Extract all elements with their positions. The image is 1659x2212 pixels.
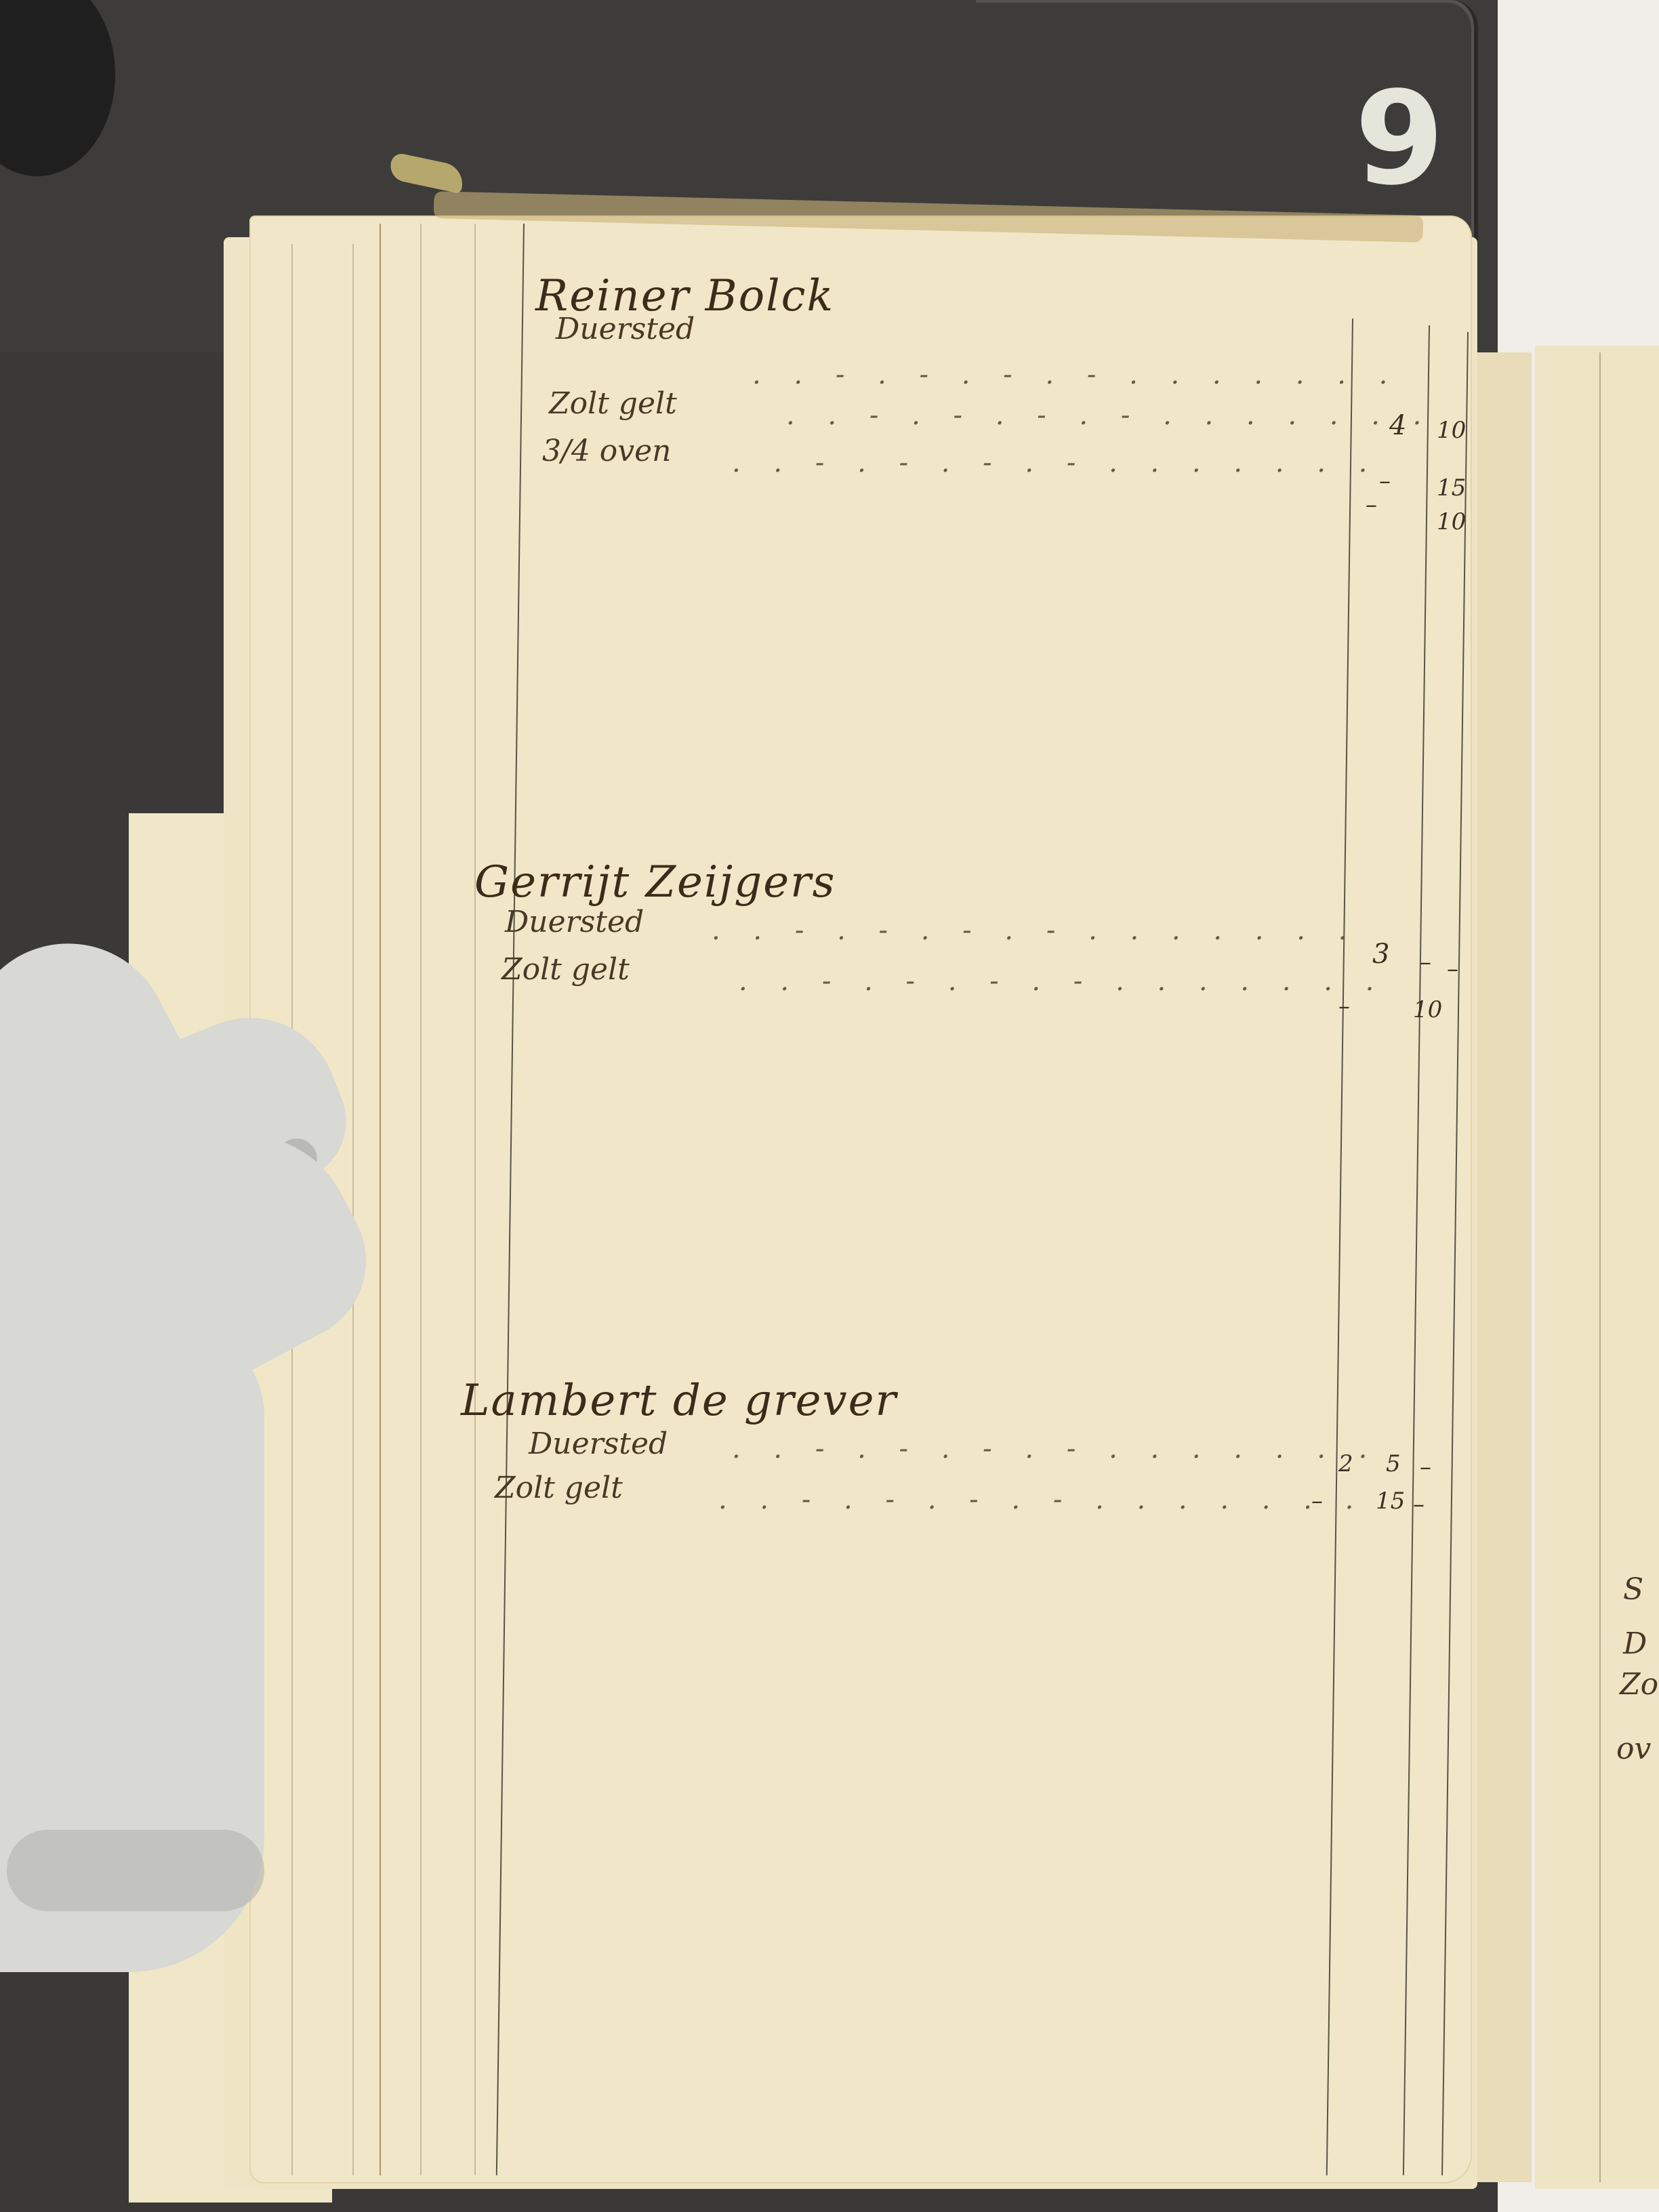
entry-line-label: Zolt gelt	[501, 952, 630, 987]
entry-name: Lambert de grever	[461, 1376, 897, 1426]
entry-name: Gerrijt Zeijgers	[474, 857, 836, 907]
leader-dots: . . - . - . - . - . . . . . . .	[739, 966, 1386, 997]
gutter-page	[1477, 352, 1532, 2182]
leader-dots: . . - . - . - . - . . . . . . .	[786, 400, 1433, 431]
entry-line-label: Duersted	[556, 312, 695, 346]
leader-dots: . . - . - . - . - . . . . . . .	[718, 1484, 1366, 1515]
entry-line-label: 3/4 oven	[542, 434, 672, 468]
facing-page-text: S	[1623, 1572, 1643, 1607]
amount-penningen: –	[1420, 1454, 1431, 1481]
amount-penningen: –	[1413, 1491, 1425, 1518]
leaf-rule	[352, 244, 354, 2175]
amount-stuivers: 15	[1437, 474, 1466, 501]
leader-dots: . . - . - . - . - . . . . . . .	[752, 359, 1399, 390]
leader-dots: . . - . - . - . - . . . . . . .	[732, 1433, 1379, 1465]
page-fold-line	[380, 224, 381, 2175]
ledger-page	[251, 217, 1471, 2182]
amount-stuivers: 15	[1376, 1488, 1405, 1515]
amount-guilders: –	[1366, 491, 1377, 518]
amount-stuivers: 5	[1386, 1450, 1401, 1477]
facing-page-text: Zo	[1620, 1667, 1658, 1702]
amount-guilders: –	[1379, 468, 1391, 495]
amount-stuivers: 10	[1413, 996, 1442, 1023]
amount-stuivers: 10	[1437, 508, 1466, 535]
facing-page-text: D	[1623, 1626, 1647, 1661]
amount-guilders: –	[1338, 993, 1350, 1020]
amount-stuivers: –	[1420, 949, 1431, 976]
entry-line-label: Duersted	[529, 1427, 668, 1461]
amount-guilders: –	[1311, 1488, 1323, 1515]
amount-guilders: 4	[1389, 410, 1406, 441]
page-number-label: 9	[1345, 75, 1454, 203]
amount-penningen: –	[1447, 956, 1458, 983]
leader-dots: . . - . - . - . - . . . . . . .	[732, 447, 1379, 478]
leader-dots: . . - . - . - . - . . . . . . .	[712, 915, 1359, 946]
glove-shadow	[7, 1830, 264, 1911]
facing-page	[1535, 346, 1659, 2189]
amount-guilders: 2	[1338, 1450, 1353, 1477]
facing-page-text: ov	[1616, 1732, 1651, 1766]
facing-page-rule	[1599, 352, 1601, 2182]
leaf-rule	[420, 224, 422, 2175]
amount-guilders: 3	[1372, 939, 1389, 970]
amount-stuivers: 10	[1437, 417, 1466, 444]
leaf-rule	[474, 224, 476, 2175]
entry-line-label: Duersted	[505, 905, 644, 939]
entry-line-label: Zolt gelt	[549, 386, 677, 421]
entry-line-label: Zolt gelt	[495, 1471, 623, 1505]
